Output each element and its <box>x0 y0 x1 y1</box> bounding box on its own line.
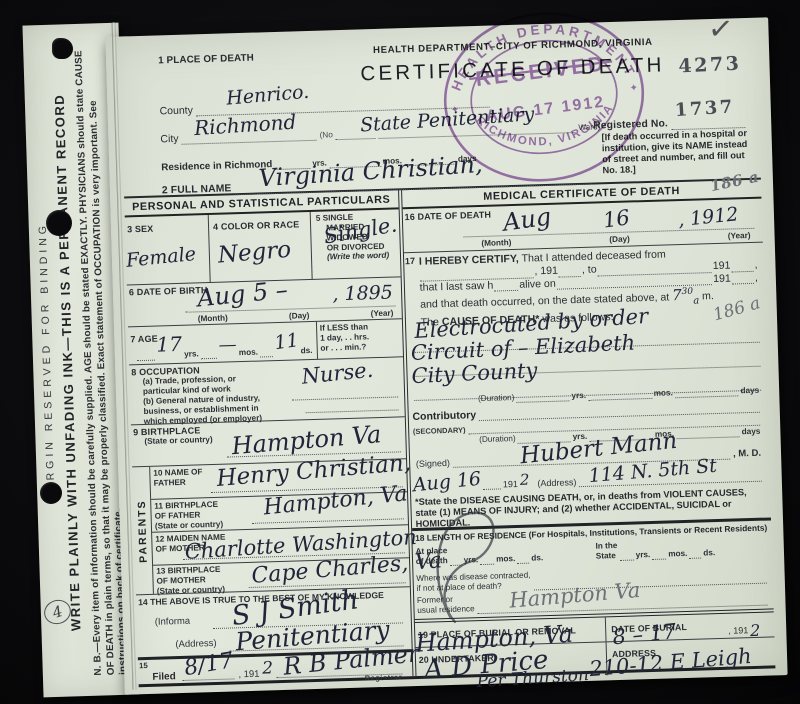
certify-l2-t4: , <box>754 259 757 272</box>
less-than-line3: or . . . min.? <box>320 341 402 353</box>
signed-date-handwriting: Aug 16 <box>412 468 482 497</box>
age-ds-unit: ds. <box>301 346 313 356</box>
age-values-line: 17 yrs. — mos. 11 ds. <box>136 332 312 361</box>
signed-year-handwriting: 2 <box>520 471 530 489</box>
personal-particulars-column: PERSONAL AND STATISTICAL PARTICULARS 3 S… <box>124 190 416 684</box>
father-name-label-2: FATHER <box>154 477 203 488</box>
dob-year-sublabel: (Year) <box>371 309 394 320</box>
signed-label: (Signed) <box>416 458 450 469</box>
burial-date-cell: DATE OF BURIAL 8 – 17 , 191 2 <box>605 612 775 641</box>
medical-certificate-column: MEDICAL CERTIFICATE OF DEATH 186 a 16 DA… <box>402 180 776 676</box>
parents-block: PARENTS 10 NAME OF FATHER Henry Christia… <box>132 459 409 595</box>
filed-number: 15 <box>139 661 148 671</box>
certify-l2-t3: 191 <box>713 259 731 272</box>
sd-dots1 <box>483 476 501 490</box>
svg-text:HEALTH DEPARTMENT: HEALTH DEPARTMENT <box>442 11 640 102</box>
age-yrs-unit: yrs. <box>184 350 199 360</box>
age-main-cell: 7 AGE 17 yrs. — mos. 11 ds. <box>128 322 317 365</box>
certify-l2-t1: , 191 <box>534 264 558 277</box>
age-dots-3 <box>260 344 273 358</box>
certify-l3-t2: alive on <box>519 277 556 291</box>
stamp-star-left: ✦ <box>450 104 460 116</box>
father-name-label: 10 NAME OF FATHER <box>153 467 203 488</box>
stamp-arc-top-text: HEALTH DEPARTMENT <box>442 11 640 102</box>
filed-date-line <box>182 666 234 681</box>
parents-rows: 10 NAME OF FATHER Henry Christian, 11 BI… <box>150 459 409 594</box>
registered-no-value: 1737 <box>674 96 735 121</box>
filed-year-handwriting: 2 <box>262 658 273 678</box>
certify-l4-t2: m. <box>702 290 714 302</box>
punch-hole-top <box>52 38 73 59</box>
mother-birthplace-label: 13 BIRTHPLACE OF MOTHER (State or countr… <box>156 565 225 597</box>
parents-vertical-label: PARENTS <box>136 499 150 563</box>
father-birthplace-label: 11 BIRTHPLACE OF FATHER (State or countr… <box>154 500 223 532</box>
informant-address-label: (Address) <box>175 638 216 650</box>
page-number-text: 4 <box>50 602 65 622</box>
residence-label: Residence in Richmond <box>161 159 272 173</box>
undertaker-address-cell: ADDRESS 210-12 E Leigh <box>606 637 776 675</box>
age-mos-handwriting: — <box>218 334 237 356</box>
contributory-label: Contributory <box>412 409 476 423</box>
burial-191-label: , 191 <box>728 625 748 636</box>
physician-address-label: (Address) <box>537 477 576 488</box>
filed-row: 15 Filed 8/17 , 191 2 R B Palmer Registr… <box>138 649 413 689</box>
certify-bold: I HEREBY CERTIFY, <box>419 253 519 268</box>
dod-month-sublabel: (Month) <box>481 238 511 249</box>
race-label: 4 COLOR OR RACE <box>213 219 300 232</box>
dur2-days: days <box>742 427 761 437</box>
father-name-label-1: 10 NAME OF <box>153 467 202 478</box>
age-dots-1 <box>137 347 155 361</box>
stamp-star-right: ✦ <box>629 83 639 95</box>
pencil-checkmark: ✓ <box>706 11 735 48</box>
certify-l3-dots3 <box>732 275 754 285</box>
time-ampm: a <box>693 296 699 307</box>
informant-label: (Informa <box>155 616 191 628</box>
occupation-b-line <box>305 397 398 413</box>
dod-year-sublabel: (Year) <box>728 231 751 242</box>
time-of-death-handwriting: 730a <box>672 286 699 305</box>
serial-number: 4273 <box>678 53 742 78</box>
dod-day-sublabel: (Day) <box>609 235 630 245</box>
ins-ds: ds. <box>703 548 715 558</box>
age-mos-unit: mos. <box>239 348 258 358</box>
certify-l3-t3: 191 <box>713 272 731 285</box>
certify-l3-t4: , <box>755 271 758 284</box>
dob-day-sublabel: (Day) <box>289 311 310 321</box>
photo-scene: MARGIN RESERVED FOR BINDING WRITE PLAINL… <box>0 0 800 704</box>
ins-mos: mos. <box>668 549 687 559</box>
in-state-cell: In theState yrs. mos. ds. <box>587 537 768 562</box>
date-of-death-label: 16 DATE OF DEATH <box>404 210 491 223</box>
occupation-row: 8 OCCUPATION (a) Trade, profession, or p… <box>129 357 404 425</box>
stamp-date-text: AUG 17 1912 <box>485 94 606 125</box>
in-state-l2: State <box>596 551 618 561</box>
sex-race-marital-row: 3 SEX Female 4 COLOR OR RACE Negro 5 SIN… <box>125 209 401 285</box>
race-value-handwriting: Negro <box>217 237 292 269</box>
ins-dots3 <box>689 545 701 559</box>
time-minutes: 30 <box>681 287 693 297</box>
marital-cell: 5 SINGLE MARRIED WIDOWED OR DIVORCED (Wr… <box>311 209 401 279</box>
age-ds-handwriting: 11 <box>273 329 300 354</box>
age-yrs-handwriting: 17 <box>156 332 182 357</box>
certify-l2-dots2 <box>559 268 581 278</box>
certify-number: 17 <box>405 256 416 267</box>
filed-label: Filed <box>152 671 176 683</box>
dob-year-handwriting: , 1895 <box>332 282 393 306</box>
sex-cell: 3 SEX Female <box>125 215 211 284</box>
ins-dots1 <box>619 547 633 561</box>
punch-hole-middle <box>46 210 72 236</box>
ins-dots2 <box>652 546 666 560</box>
city-label: City <box>160 132 178 145</box>
certify-l2-t2: , to <box>582 263 597 276</box>
punch-hole-bottom <box>40 482 62 504</box>
atp-ds: ds. <box>531 553 543 563</box>
former-residence-label: Former orusual residence <box>417 595 475 616</box>
father-bp-label-3: (State or country) <box>155 519 224 531</box>
in-state-l1: In the <box>595 541 617 551</box>
received-stamp: HEALTH DEPARTMENT RICHMOND, VIRGINIA REC… <box>428 0 661 200</box>
dod-day-handwriting: 16 <box>601 205 631 232</box>
sex-label: 3 SEX <box>127 224 154 235</box>
former-l2: usual residence <box>417 604 475 616</box>
filed-191-label: , 191 <box>238 669 259 681</box>
signed-191-label: 191 <box>503 479 518 489</box>
ins-yrs: yrs. <box>636 550 651 560</box>
dob-month-sublabel: (Month) <box>198 314 228 325</box>
dur2-dots3 <box>676 424 740 439</box>
county-label: County <box>159 104 193 117</box>
in-state-label: In theState <box>595 541 617 561</box>
age-dots-2 <box>201 345 218 359</box>
race-cell: 4 COLOR OR RACE Negro <box>209 212 313 282</box>
place-of-death-label: 1 PLACE OF DEATH <box>158 53 254 67</box>
cause-of-death-block: 186 a Electrocuted by order Circuit of –… <box>406 309 767 394</box>
street-no-label: (No <box>319 130 332 140</box>
md-label: , M. D. <box>733 448 761 460</box>
certify-l2-dots4 <box>731 262 753 272</box>
certificate-body: PERSONAL AND STATISTICAL PARTICULARS 3 S… <box>124 178 775 688</box>
less-than-cell: If LESS than 1 day, . . hrs. or . . . mi… <box>316 319 403 359</box>
sex-value-handwriting: Female <box>125 243 197 272</box>
duration-label-2: (Duration) <box>479 434 516 445</box>
birthplace-sublabel: (State or country) <box>144 435 213 447</box>
registrar-label: Registrar <box>365 672 403 682</box>
marital-label-5: (Write the word) <box>317 251 400 263</box>
